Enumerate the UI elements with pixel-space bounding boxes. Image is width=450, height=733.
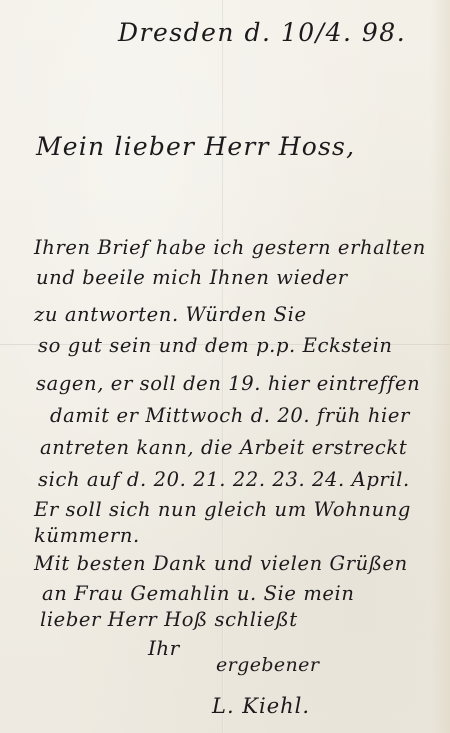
body-line: und beeile mich Ihnen wieder: [36, 266, 348, 289]
body-line: lieber Herr Hoß schließt: [40, 608, 298, 631]
paper-edge-shading: [430, 0, 450, 733]
salutation: Mein lieber Herr Hoss,: [36, 132, 355, 161]
body-line: zu antworten. Würden Sie: [34, 303, 307, 326]
body-line: sagen, er soll den 19. hier eintreffen: [36, 372, 420, 395]
body-line: kümmern.: [34, 524, 140, 547]
body-line: damit er Mittwoch d. 20. früh hier: [50, 404, 410, 427]
body-line: antreten kann, die Arbeit erstreckt: [40, 436, 407, 459]
body-line: sich auf d. 20. 21. 22. 23. 24. April.: [38, 468, 410, 491]
body-line: Mit besten Dank und vielen Grüßen: [34, 552, 408, 575]
signature: L. Kiehl.: [212, 694, 310, 718]
closing-ihr: Ihr: [148, 636, 180, 660]
letter-page: Dresden d. 10/4. 98. Mein lieber Herr Ho…: [0, 0, 450, 733]
body-line: so gut sein und dem p.p. Eckstein: [38, 334, 393, 357]
body-line: Ihren Brief habe ich gestern erhalten: [34, 236, 426, 259]
body-line: an Frau Gemahlin u. Sie mein: [42, 582, 355, 605]
date-line: Dresden d. 10/4. 98.: [118, 18, 406, 47]
body-line: Er soll sich nun gleich um Wohnung: [34, 498, 411, 521]
closing-ergebener: ergebener: [216, 654, 319, 676]
